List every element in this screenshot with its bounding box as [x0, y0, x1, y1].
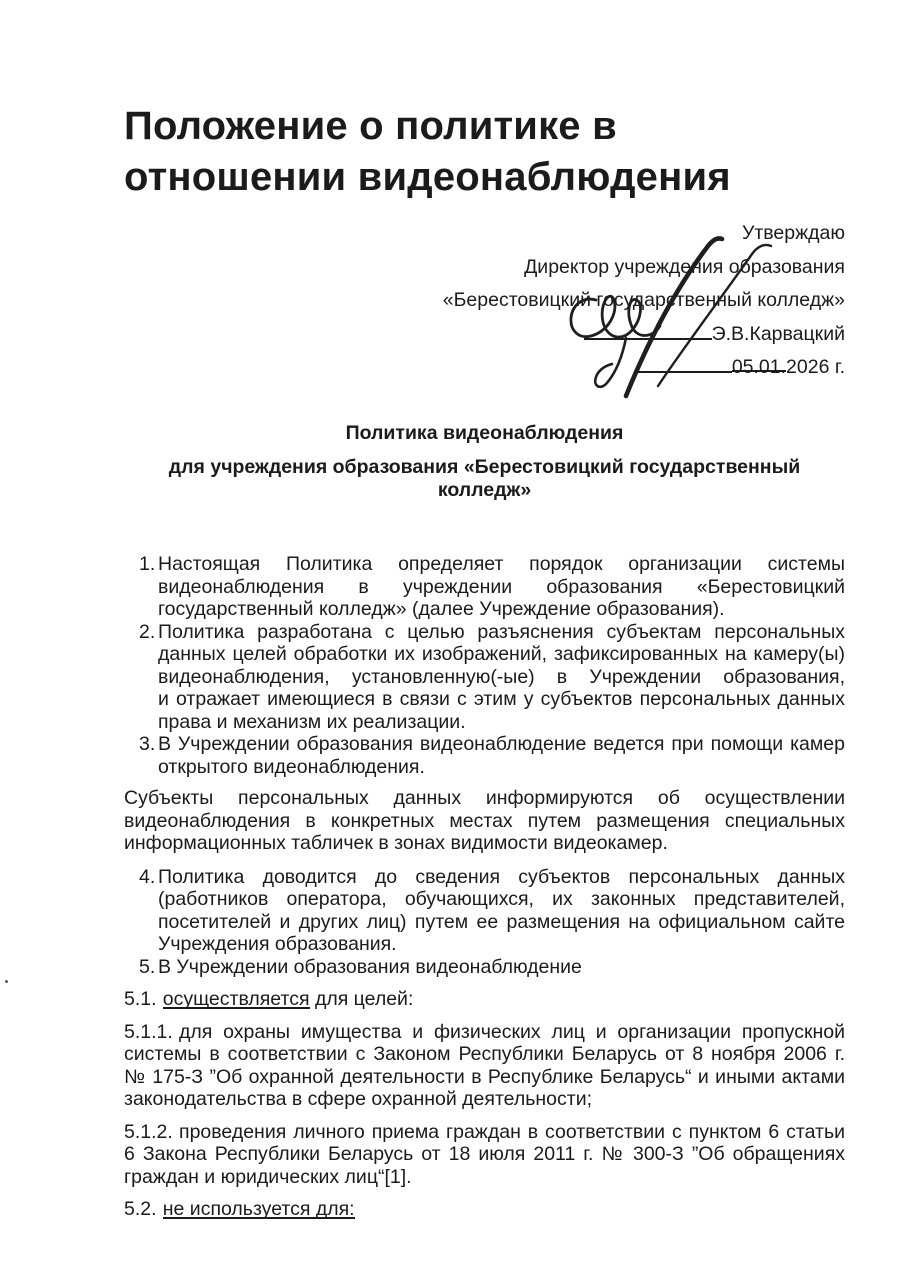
numbered-list-1-3: 1. Настоящая Политика определяет порядок… [124, 553, 845, 778]
date-row: 05.01.2026 г. [124, 351, 845, 385]
date-filled-value: 05.01. [732, 351, 786, 372]
list-item: 1. Настоящая Политика определяет порядок… [124, 553, 845, 621]
clause-5-1-1: 5.1.1.для охраны имущества и физических … [124, 1021, 845, 1111]
list-item-number: 3. [139, 733, 155, 756]
list-item: 2. Политика разработана с целью разъясне… [124, 621, 845, 734]
approval-label: Утверждаю [124, 217, 845, 251]
list-item: 5. В Учреждении образования видеонаблюде… [124, 956, 845, 979]
clause-5-2: 5.2.не используется для: [124, 1198, 845, 1221]
approver-name: Э.В.Карвацкий [712, 323, 845, 345]
clause-text: для охраны имущества и физических лиц и … [124, 1021, 845, 1111]
scan-artifact-dot [5, 980, 8, 983]
clause-underlined-text: не используется для: [163, 1198, 355, 1219]
list-item: 4. Политика доводится до сведения субъек… [124, 866, 845, 956]
approver-role-line1: Директор учреждения образования [124, 251, 845, 285]
list-item-text: Настоящая Политика определяет порядок ор… [158, 553, 845, 620]
scanned-document-page: Положение о политике в отношении видеона… [0, 0, 897, 1265]
list-item-text: В Учреждении образования видеонаблюдение… [158, 733, 845, 778]
list-item: 3. В Учреждении образования видеонаблюде… [124, 733, 845, 778]
list-item-text: Политика разработана с целью разъяснения… [158, 621, 845, 733]
list-item-number: 2. [139, 621, 155, 644]
clause-5-1: 5.1.осуществляется для целей: [124, 988, 845, 1011]
approver-role-line2: «Берестовицкий государственный колледж» [124, 284, 845, 318]
document-content: Положение о политике в отношении видеона… [124, 0, 845, 1221]
clause-rest-text: для целей: [310, 988, 414, 1010]
list-item-number: 5. [139, 956, 155, 979]
date-year: 2026 г. [786, 356, 845, 378]
clause-underlined-text: осуществляется [163, 988, 310, 1009]
list-item-text: Политика доводится до сведения субъектов… [158, 866, 845, 956]
signature-blank-line [584, 319, 712, 340]
clause-number: 5.1. [124, 988, 157, 1010]
clause-5-1-2: 5.1.2.проведения личного приема граждан … [124, 1121, 845, 1189]
info-paragraph: Субъекты персональных данных информируют… [124, 787, 845, 855]
policy-subtitle-line1: Политика видеонаблюдения [124, 422, 845, 445]
list-item-text: В Учреждении образования видеонаблюдение [158, 956, 582, 978]
clause-text: проведения личного приема граждан в соот… [124, 1121, 845, 1188]
clause-number: 5.2. [124, 1198, 157, 1220]
signature-row: Э.В.Карвацкий [124, 318, 845, 352]
list-item-number: 4. [139, 866, 155, 889]
approval-block: Утверждаю Директор учреждения образовани… [124, 217, 845, 385]
policy-subtitle-line2: для учреждения образования «Берестовицки… [124, 456, 845, 501]
document-title: Положение о политике в отношении видеона… [124, 101, 824, 203]
date-blank-line [636, 352, 732, 373]
policy-subtitle: Политика видеонаблюдения для учреждения … [124, 422, 845, 502]
clause-number: 5.1.2. [124, 1121, 173, 1143]
numbered-list-4-5: 4. Политика доводится до сведения субъек… [124, 866, 845, 979]
clause-number: 5.1.1. [124, 1021, 173, 1043]
list-item-number: 1. [139, 553, 155, 576]
